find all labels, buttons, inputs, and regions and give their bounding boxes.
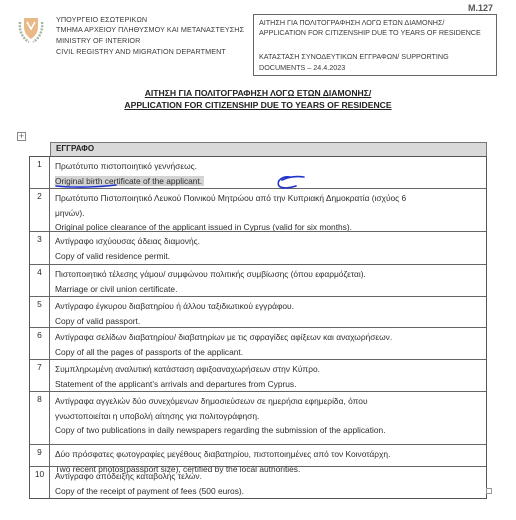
cell-line: Συμπληρωμένη αναλυτική κατάσταση αφιξοαν… xyxy=(55,362,486,377)
documents-table: 1Πρωτότυπο πιστοποιητικό γεννήσεως.Origi… xyxy=(29,156,487,499)
cell-line: Αντίγραφα αγγελιών δύο συνεχόμενων δημοσ… xyxy=(55,394,486,409)
document-cell[interactable]: Δύο πρόσφατες φωτογραφίες μεγέθους διαβα… xyxy=(50,445,486,466)
greek-text: Αντίγραφο απόδειξης καταβολής τελών. xyxy=(55,471,202,481)
row-number: 7 xyxy=(30,360,50,391)
greek-text: Δύο πρόσφατες φωτογραφίες μεγέθους διαβα… xyxy=(55,449,390,459)
table-row: 6Αντίγραφα σελίδων διαβατηρίου/ διαβατηρ… xyxy=(30,327,486,359)
document-cell[interactable]: Πρωτότυπο πιστοποιητικό γεννήσεως.Origin… xyxy=(50,157,486,188)
cell-line: Original birth certificate of the applic… xyxy=(55,174,486,189)
cell-line: γνωστοποιείται η υποβολή αίτησης για πολ… xyxy=(55,409,486,424)
box-line-2: APPLICATION FOR CITIZENSHIP DUE TO YEARS… xyxy=(259,28,481,37)
row-number: 8 xyxy=(30,392,50,444)
cell-line: Copy of two publications in daily newspa… xyxy=(55,423,486,438)
cell-line: Δύο πρόσφατες φωτογραφίες μεγέθους διαβα… xyxy=(55,447,486,462)
cell-line: Marriage or civil union certificate. xyxy=(55,282,486,297)
table-row: 7Συμπληρωμένη αναλυτική κατάσταση αφιξοα… xyxy=(30,359,486,391)
english-text: Copy of valid passport. xyxy=(55,316,140,326)
greek-text: Αντίγραφα αγγελιών δύο συνεχόμενων δημοσ… xyxy=(55,396,368,406)
english-text: Original birth certificate of the applic… xyxy=(55,176,204,186)
cell-line: Copy of valid residence permit. xyxy=(55,249,486,264)
table-row: 2Πρωτότυπο Πιστοποιητικό Λευκού Ποινικού… xyxy=(30,188,486,231)
english-text: Copy of the receipt of payment of fees (… xyxy=(55,486,244,496)
document-cell[interactable]: Πιστοποιητικό τέλεσης γάμου/ συμφώνου πο… xyxy=(50,265,486,296)
cell-line: Statement of the applicant’s arrivals an… xyxy=(55,377,486,392)
document-cell[interactable]: Πρωτότυπο Πιστοποιητικό Λευκού Ποινικού … xyxy=(50,189,486,231)
row-number: 9 xyxy=(30,445,50,466)
row-number: 10 xyxy=(30,467,50,498)
table-row: 1Πρωτότυπο πιστοποιητικό γεννήσεως.Origi… xyxy=(30,157,486,188)
document-cell[interactable]: Αντίγραφα αγγελιών δύο συνεχόμενων δημοσ… xyxy=(50,392,486,444)
greek-text: μηνών). xyxy=(55,208,85,218)
table-row: 3Αντίγραφο ισχύουσας άδειας διαμονής.Cop… xyxy=(30,231,486,264)
document-cell[interactable]: Αντίγραφο απόδειξης καταβολής τελών.Copy… xyxy=(50,467,486,498)
box-line-5: DOCUMENTS – 24.4.2023 xyxy=(259,63,345,72)
greek-text: γνωστοποιείται η υποβολή αίτησης για πολ… xyxy=(55,411,259,421)
org-line-1: ΥΠΟΥΡΓΕΙΟ ΕΣΩΤΕΡΙΚΩΝ xyxy=(56,15,147,24)
table-resize-handle-icon[interactable] xyxy=(486,488,492,494)
cyprus-coat-of-arms-icon xyxy=(17,14,45,46)
english-text: Marriage or civil union certificate. xyxy=(55,284,177,294)
form-title-box: ΑΙΤΗΣΗ ΓΙΑ ΠΟΛΙΤΟΓΡΑΦΗΣΗ ΛΟΓΩ ΕΤΩΝ ΔΙΑΜΟ… xyxy=(253,14,497,76)
english-text: Copy of all the pages of passports of th… xyxy=(55,347,243,357)
cell-line: Copy of the receipt of payment of fees (… xyxy=(55,484,486,499)
box-line-1: ΑΙΤΗΣΗ ΓΙΑ ΠΟΛΙΤΟΓΡΑΦΗΣΗ ΛΟΓΩ ΕΤΩΝ ΔΙΑΜΟ… xyxy=(259,18,444,27)
box-line-4: ΚΑΤΑΣΤΑΣΗ ΣΥΝΟΔΕΥΤΙΚΩΝ ΕΓΓΡΑΦΩΝ/ SUPPORT… xyxy=(259,52,449,61)
table-row: 5Αντίγραφο έγκυρου διαβατηρίου ή άλλου τ… xyxy=(30,296,486,327)
cell-line: Αντίγραφο απόδειξης καταβολής τελών. xyxy=(55,469,486,484)
greek-text: Αντίγραφα σελίδων διαβατηρίου/ διαβατηρί… xyxy=(55,332,392,342)
english-text: Statement of the applicant’s arrivals an… xyxy=(55,379,296,389)
document-cell[interactable]: Αντίγραφο έγκυρου διαβατηρίου ή άλλου τα… xyxy=(50,297,486,327)
org-line-3: MINISTRY OF INTERIOR xyxy=(56,36,140,45)
form-code: Μ.127 xyxy=(468,3,493,13)
row-number: 1 xyxy=(30,157,50,188)
cell-line: Αντίγραφο ισχύουσας άδειας διαμονής. xyxy=(55,234,486,249)
english-text: Copy of valid residence permit. xyxy=(55,251,170,261)
cell-line: Πρωτότυπο πιστοποιητικό γεννήσεως. xyxy=(55,159,486,174)
page-title-greek: ΑΙΤΗΣΗ ΓΙΑ ΠΟΛΙΤΟΓΡΑΦΗΣΗ ΛΟΓΩ ΕΤΩΝ ΔΙΑΜΟ… xyxy=(0,88,516,98)
table-row: 9Δύο πρόσφατες φωτογραφίες μεγέθους διαβ… xyxy=(30,444,486,466)
table-row: 4Πιστοποιητικό τέλεσης γάμου/ συμφώνου π… xyxy=(30,264,486,296)
greek-text: Copy of two publications in daily newspa… xyxy=(55,425,386,435)
row-number: 6 xyxy=(30,328,50,359)
greek-text: Αντίγραφο έγκυρου διαβατηρίου ή άλλου τα… xyxy=(55,301,294,311)
cell-line: Αντίγραφο έγκυρου διαβατηρίου ή άλλου τα… xyxy=(55,299,486,314)
document-cell[interactable]: Συμπληρωμένη αναλυτική κατάσταση αφιξοαν… xyxy=(50,360,486,391)
cell-line: Αντίγραφα σελίδων διαβατηρίου/ διαβατηρί… xyxy=(55,330,486,345)
row-number: 5 xyxy=(30,297,50,327)
greek-text: Αντίγραφο ισχύουσας άδειας διαμονής. xyxy=(55,236,200,246)
cell-line: Πρωτότυπο Πιστοποιητικό Λευκού Ποινικού … xyxy=(55,191,486,206)
page-title-english: APPLICATION FOR CITIZENSHIP DUE TO YEARS… xyxy=(0,100,516,110)
cell-line: μηνών). xyxy=(55,206,486,221)
cell-line: Copy of valid passport. xyxy=(55,314,486,329)
table-row: 8Αντίγραφα αγγελιών δύο συνεχόμενων δημο… xyxy=(30,391,486,444)
table-row: 10Αντίγραφο απόδειξης καταβολής τελών.Co… xyxy=(30,466,486,498)
row-number: 4 xyxy=(30,265,50,296)
cell-line: Copy of all the pages of passports of th… xyxy=(55,345,486,360)
org-line-2: ΤΜΗΜΑ ΑΡΧΕΙΟΥ ΠΛΗΘΥΣΜΟΥ ΚΑΙ ΜΕΤΑΝΑΣΤΕΥΣΗ… xyxy=(56,25,244,34)
row-number: 3 xyxy=(30,232,50,264)
cell-line: Πιστοποιητικό τέλεσης γάμου/ συμφώνου πο… xyxy=(55,267,486,282)
greek-text: Συμπληρωμένη αναλυτική κατάσταση αφιξοαν… xyxy=(55,364,320,374)
greek-text: Πρωτότυπο πιστοποιητικό γεννήσεως. xyxy=(55,161,197,171)
org-line-4: CIVIL REGISTRY AND MIGRATION DEPARTMENT xyxy=(56,47,226,56)
row-number: 2 xyxy=(30,189,50,231)
document-cell[interactable]: Αντίγραφα σελίδων διαβατηρίου/ διαβατηρί… xyxy=(50,328,486,359)
greek-text: Πρωτότυπο Πιστοποιητικό Λευκού Ποινικού … xyxy=(55,193,406,203)
greek-text: Πιστοποιητικό τέλεσης γάμου/ συμφώνου πο… xyxy=(55,269,366,279)
column-header-document: ΕΓΓΡΑΦΟ xyxy=(50,142,487,157)
document-cell[interactable]: Αντίγραφο ισχύουσας άδειας διαμονής.Copy… xyxy=(50,232,486,264)
table-move-handle-icon[interactable]: + xyxy=(17,132,26,141)
